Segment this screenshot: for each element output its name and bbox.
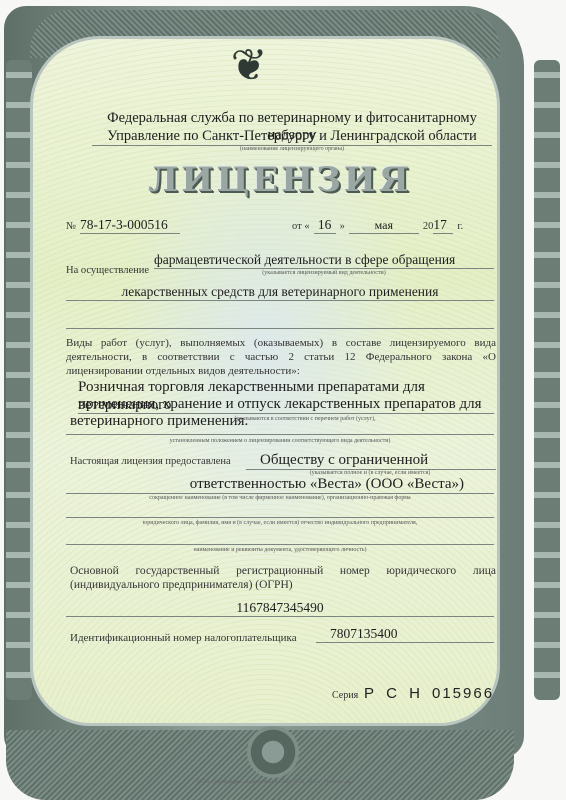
authority-caption: (наименование лицензирующего органа) (92, 146, 492, 152)
license-number: 78-17-3-000516 (80, 217, 180, 234)
licensee-line-1: Обществу с ограниченной (246, 452, 496, 470)
works-caption-2: установленным положением о лицензировани… (66, 438, 494, 444)
activity-caption: (указывается лицензируемый вид деятельно… (154, 270, 494, 276)
activity-label: На осуществление (66, 265, 149, 276)
licensee-caption-4: наименование и реквизиты документа, удос… (66, 547, 494, 553)
ogrn-label: Основной государственный регистрационный… (70, 564, 496, 592)
activity-line-1: фармацевтической деятельности в сфере об… (154, 252, 494, 269)
printer-footer: ООО «Типография «Барнсолюш-2 СПб» СПб. 2… (150, 779, 400, 785)
date-prefix: от « (292, 221, 310, 232)
licensee-caption-3: юридического лица, фамилия, имя и (в слу… (66, 520, 494, 526)
frame-right-ornament (534, 60, 560, 700)
license-number-row: № 78-17-3-000516 (66, 216, 180, 234)
year-prefix: 20 (423, 221, 434, 232)
ogrn-value: 1167847345490 (66, 600, 494, 617)
works-underline (66, 434, 494, 435)
rosette-ornament-icon (247, 726, 299, 778)
licensee-underline-2 (66, 517, 494, 518)
inn-value: 7807135400 (316, 626, 494, 643)
works-caption-1: (указываются в соответствии с перечнем р… (230, 416, 380, 422)
series-label: Серия (332, 690, 358, 701)
licensee-label: Настоящая лицензия предоставлена (70, 456, 231, 467)
authority-line-2: Управление по Санкт-Петербургу и Ленингр… (92, 128, 492, 146)
licensee-line-2: ответственностью «Веста» (ООО «Веста») (66, 476, 494, 494)
series-number: 015966 (432, 685, 494, 702)
date-day-suffix: » (340, 221, 345, 232)
date-month: мая (349, 218, 419, 234)
activity-line-2: лекарственных средств для ветеринарного … (66, 284, 494, 301)
year-suffix: г. (457, 221, 463, 232)
works-intro: Виды работ (услуг), выполняемых (оказыва… (66, 336, 496, 378)
license-date-row: от « 16 » мая 2017 г. (292, 216, 463, 234)
licensee-underline-3 (66, 544, 494, 545)
date-year: 17 (433, 217, 453, 234)
number-label: № (66, 221, 76, 232)
date-day: 16 (314, 217, 336, 234)
coat-of-arms-icon: ❦ (222, 36, 276, 94)
divider-line (66, 328, 494, 329)
inn-label: Идентификационный номер налогоплательщик… (70, 632, 297, 644)
page-title: ЛИЦЕНЗИЯ (100, 160, 460, 200)
series-letters: Р С Н (364, 685, 424, 702)
licensee-caption-2: сокращенное наименование (в том числе фи… (66, 495, 494, 501)
frame-left-ornament (6, 60, 32, 700)
